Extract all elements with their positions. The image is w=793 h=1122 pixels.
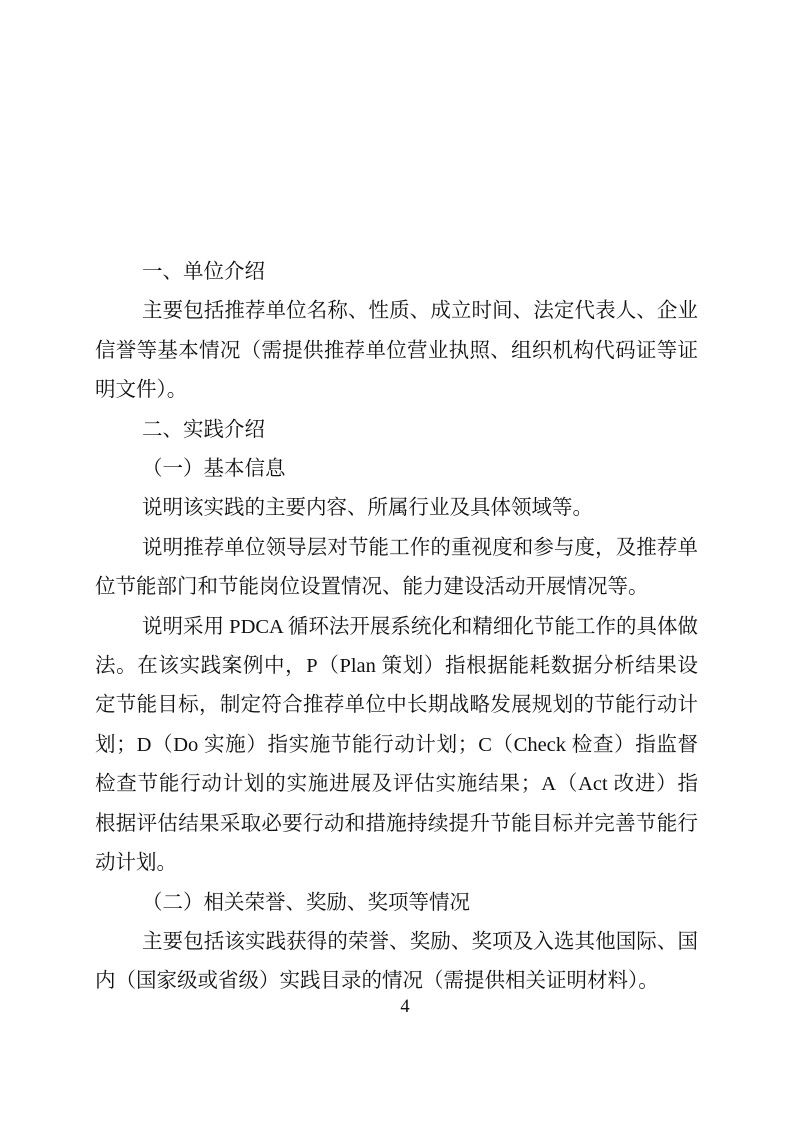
heading-unit-intro: 一、单位介绍 [95, 253, 698, 292]
document-body: 一、单位介绍 主要包括推荐单位名称、性质、成立时间、法定代表人、企业信誉等基本情… [95, 253, 698, 1002]
heading-honors: （二）相关荣誉、奖励、奖项等情况 [95, 884, 698, 923]
para-unit-intro-body: 主要包括推荐单位名称、性质、成立时间、法定代表人、企业信誉等基本情况（需提供推荐… [95, 292, 698, 410]
para-leadership: 说明推荐单位领导层对节能工作的重视度和参与度，及推荐单位节能部门和节能岗位设置情… [95, 529, 698, 608]
page-number: 4 [17, 996, 793, 1018]
heading-basic-info: （一）基本信息 [95, 450, 698, 489]
heading-practice-intro: 二、实践介绍 [95, 411, 698, 450]
document-page: 一、单位介绍 主要包括推荐单位名称、性质、成立时间、法定代表人、企业信誉等基本情… [0, 0, 793, 1122]
para-pdca: 说明采用 PDCA 循环法开展系统化和精细化节能工作的具体做法。在该实践案例中，… [95, 608, 698, 884]
para-honors-body: 主要包括该实践获得的荣誉、奖励、奖项及入选其他国际、国内（国家级或省级）实践目录… [95, 923, 698, 1002]
para-practice-content: 说明该实践的主要内容、所属行业及具体领域等。 [95, 489, 698, 528]
